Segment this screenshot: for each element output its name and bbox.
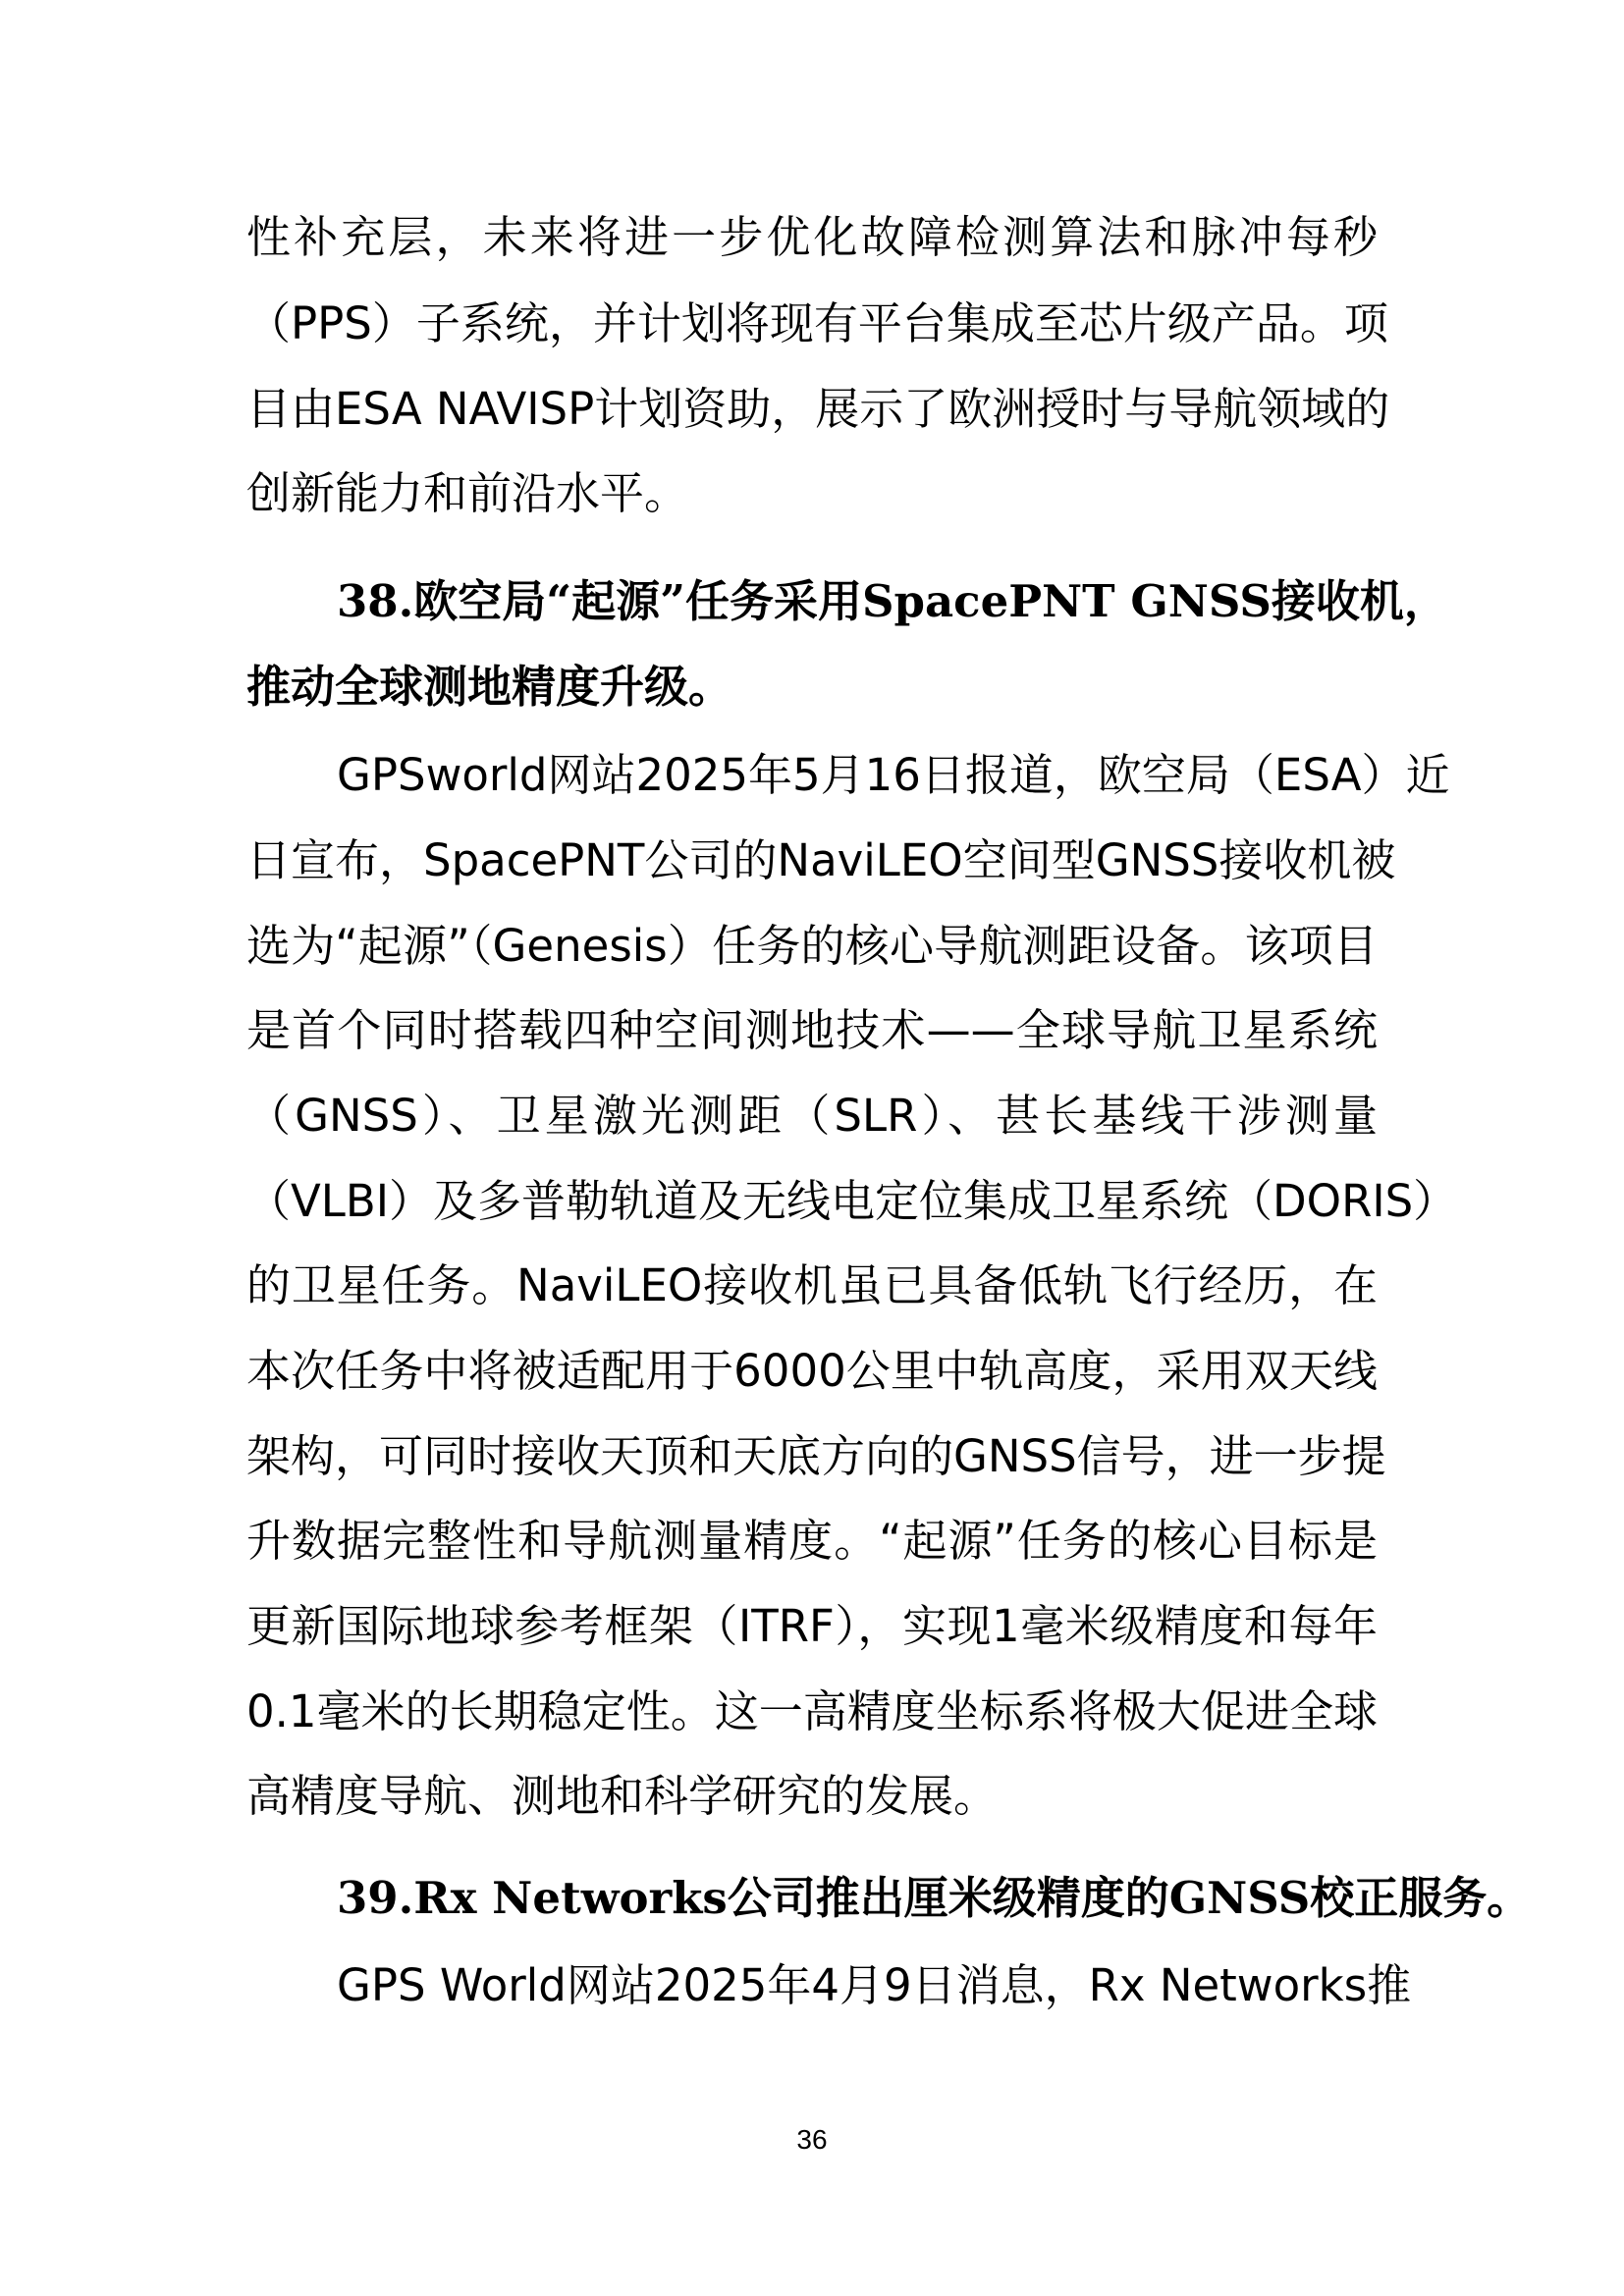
paragraph-line: （PPS）子系统，并计划将现有平台集成至芯片级产品。项: [246, 294, 1378, 353]
paragraph-line: GPSworld网站2025年5月16日报道，欧空局（ESA）近: [337, 746, 1378, 805]
paragraph-line: （GNSS）、卫星激光测距（SLR）、甚长基线干涉测量: [246, 1087, 1378, 1146]
paragraph-line: 选为“起源”（Genesis）任务的核心导航测距设备。该项目: [246, 917, 1378, 976]
paragraph-line: 更新国际地球参考框架（ITRF），实现1毫米级精度和每年: [246, 1597, 1378, 1656]
paragraph-line: 架构，可同时接收天顶和天底方向的GNSS信号，进一步提: [246, 1427, 1378, 1486]
paragraph-line: 创新能力和前沿水平。: [246, 464, 1378, 523]
paragraph-line: 性补充层，未来将进一步优化故障检测算法和脉冲每秒: [246, 208, 1378, 267]
heading-line: 推动全球测地精度升级。: [246, 658, 1378, 717]
paragraph-line: 升数据完整性和导航测量精度。“起源”任务的核心目标是: [246, 1512, 1378, 1571]
heading-line: 38.欧空局“起源”任务采用SpacePNT GNSS接收机，: [337, 572, 1378, 631]
paragraph-line: 0.1毫米的长期稳定性。这一高精度坐标系将极大促进全球: [246, 1682, 1378, 1741]
paragraph-line: 日宣布，SpacePNT公司的NaviLEO空间型GNSS接收机被: [246, 831, 1378, 890]
page-number: 36: [0, 2120, 1624, 2160]
paragraph-line: GPS World网站2025年4月9日消息，Rx Networks推: [337, 1956, 1378, 2015]
paragraph-line: 是首个同时搭载四种空间测地技术——全球导航卫星系统: [246, 1001, 1378, 1060]
paragraph-line: 本次任务中将被适配用于6000公里中轨高度，采用双天线: [246, 1342, 1378, 1401]
paragraph-line: 目由ESA NAVISP计划资助，展示了欧洲授时与导航领域的: [246, 380, 1378, 439]
document-page: 性补充层，未来将进一步优化故障检测算法和脉冲每秒 （PPS）子系统，并计划将现有…: [0, 0, 1624, 2296]
paragraph-line: 的卫星任务。NaviLEO接收机虽已具备低轨飞行经历，在: [246, 1256, 1378, 1315]
paragraph-line: （VLBI）及多普勒轨道及无线电定位集成卫星系统（DORIS）: [246, 1172, 1378, 1231]
paragraph-line: 高精度导航、测地和科学研究的发展。: [246, 1767, 1378, 1826]
section-heading-39: 39.Rx Networks公司推出厘米级精度的GNSS校正服务。: [337, 1869, 1397, 1928]
